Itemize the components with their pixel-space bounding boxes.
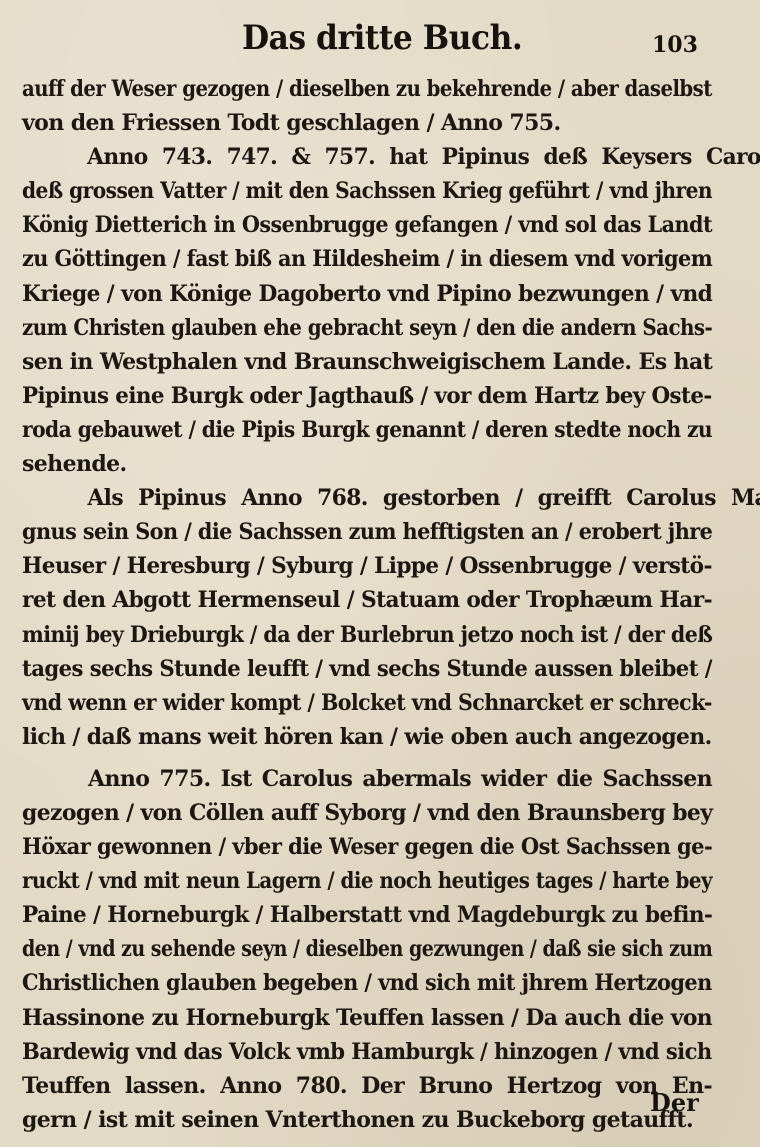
text-line: zum Christen glauben ehe gebracht seyn /… [22, 311, 712, 345]
text-line: Anno 775. Ist Carolus abermals wider die… [22, 762, 712, 796]
text-line: gezogen / von Cöllen auff Syborg / vnd d… [22, 796, 712, 830]
text-line: Anno 743. 747. & 757. hat Pipinus deß Ke… [22, 140, 760, 174]
text-line: gern / ist mit seinen Vnterthonen zu Buc… [22, 1103, 712, 1137]
paragraph-anno-743: Anno 743. 747. & 757. hat Pipinus deß Ke… [22, 140, 712, 481]
paragraph-gap [22, 754, 712, 762]
text-line: Höxar gewonnen / vber die Weser gegen di… [22, 830, 712, 864]
catchword: Der [650, 1088, 699, 1117]
text-line: Heuser / Heresburg / Syburg / Lippe / Os… [22, 549, 712, 583]
text-line: deß grossen Vatter / mit den Sachssen Kr… [22, 174, 712, 208]
text-line: Teuffen lassen. Anno 780. Der Bruno Hert… [22, 1069, 712, 1103]
text-line: Bardewig vnd das Volck vmb Hamburgk / hi… [22, 1035, 712, 1069]
text-line: tages sechs Stunde leufft / vnd sechs St… [22, 652, 712, 686]
text-line: den / vnd zu sehende seyn / dieselben ge… [22, 932, 712, 966]
text-line: vnd wenn er wider kompt / Bolcket vnd Sc… [22, 686, 712, 720]
text-line: König Dietterich in Ossenbrugge gefangen… [22, 208, 712, 242]
body-text: auff der Weser gezogen / dieselben zu be… [22, 72, 712, 1137]
text-line: minij bey Drieburgk / da der Burlebrun j… [22, 618, 712, 652]
text-line: Christlichen glauben begeben / vnd sich … [22, 966, 712, 1000]
text-line: ret den Abgott Hermenseul / Statuam oder… [22, 583, 712, 617]
text-line: Pipinus eine Burgk oder Jagthauß / vor d… [22, 379, 712, 413]
text-line: lich / daß mans weit hören kan / wie obe… [22, 720, 712, 754]
text-line: Kriege / von Könige Dagoberto vnd Pipino… [22, 277, 712, 311]
page-number: 103 [652, 32, 698, 58]
text-line: Hassinone zu Horneburgk Teuffen lassen /… [22, 1001, 712, 1035]
text-line: zu Göttingen / fast biß an Hildesheim / … [22, 242, 712, 276]
text-line: Als Pipinus Anno 768. gestorben / greiff… [22, 481, 760, 515]
paragraph-pipinus-768: Als Pipinus Anno 768. gestorben / greiff… [22, 481, 712, 754]
text-line: Paine / Horneburgk / Halberstatt vnd Mag… [22, 898, 712, 932]
running-head: Das dritte Buch. 103 [0, 18, 760, 68]
text-line: von den Friessen Todt geschlagen / Anno … [22, 106, 712, 140]
text-line: sen in Westphalen vnd Braunschweigischem… [22, 345, 712, 379]
text-line: sehende. [22, 447, 712, 481]
paragraph-continuation: auff der Weser gezogen / dieselben zu be… [22, 72, 712, 140]
paragraph-anno-775: Anno 775. Ist Carolus abermals wider die… [22, 762, 712, 1137]
text-line: auff der Weser gezogen / dieselben zu be… [22, 72, 712, 106]
text-line: ruckt / vnd mit neun Lagern / die noch h… [22, 864, 712, 898]
scanned-book-page: Das dritte Buch. 103 auff der Weser gezo… [0, 0, 760, 1147]
text-line: roda gebauwet / die Pipis Burgk genannt … [22, 413, 712, 447]
running-title: Das dritte Buch. [242, 18, 522, 58]
text-line: gnus sein Son / die Sachssen zum hefftig… [22, 515, 712, 549]
